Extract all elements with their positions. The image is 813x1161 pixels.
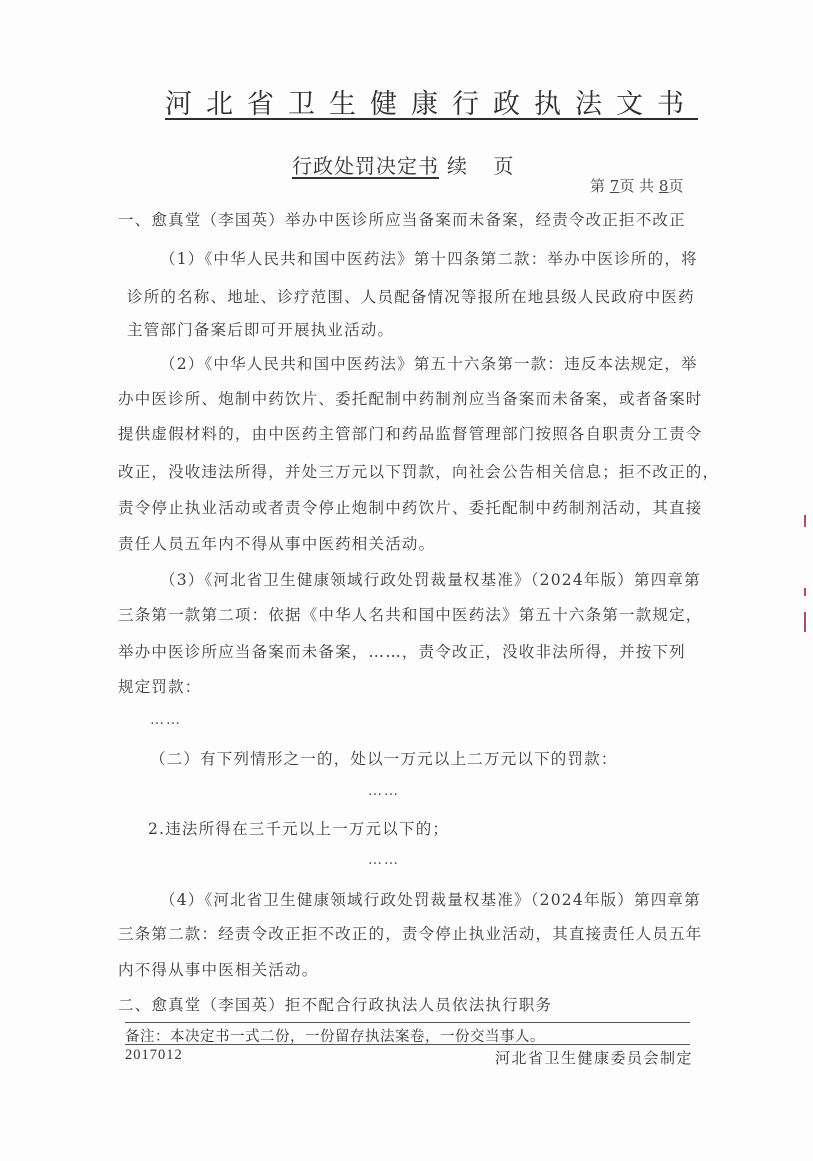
subtitle-suffix: 续 页 xyxy=(447,154,523,178)
body-line: 内不得从事中医相关活动。 xyxy=(118,958,318,980)
footer-note: 备注：本决定书一式二份，一份留存执法案卷，一份交当事人。 xyxy=(125,1025,545,1046)
ellipsis: …… xyxy=(150,712,182,728)
page-middle: 页 共 xyxy=(619,177,654,195)
body-line: （1）《中华人民共和国中医药法》第十四条第二款：举办中医诊所的，将 xyxy=(160,247,698,269)
body-line: （3）《河北省卫生健康领域行政处罚裁量权基准》（2024年版）第四章第 xyxy=(160,568,701,590)
page-number: 第 7页 共 8页 xyxy=(590,175,683,196)
section-two-heading: 二、愈真堂（李国英）拒不配合行政执法人员依法执行职务 xyxy=(118,993,552,1015)
page-suffix: 页 xyxy=(668,177,683,195)
body-line: 改正，没收违法所得，并处三万元以下罚款，向社会公告相关信息；拒不改正的， xyxy=(118,460,719,482)
ellipsis: …… xyxy=(368,852,400,868)
document-title: 河北省卫生健康行政执法文书 xyxy=(165,82,635,121)
body-line: 诊所的名称、地址、诊疗范围、人员配备情况等报所在地县级人民政府中医药 xyxy=(127,285,695,307)
form-code: 2017012 xyxy=(125,1047,183,1064)
body-line: （4）《河北省卫生健康领域行政处罚裁量权基准》（2024年版）第四章第 xyxy=(160,888,701,910)
body-line: 办中医诊所、炮制中药饮片、委托配制中药制剂应当备案而未备案，或者备案时 xyxy=(118,387,703,409)
body-line: 2.违法所得在三千元以上一万元以下的； xyxy=(148,817,449,839)
document-page: 河北省卫生健康行政执法文书 行政处罚决定书续 页 第 7页 共 8页 一、愈真堂… xyxy=(0,0,813,1161)
binding-mark xyxy=(804,588,806,596)
subtitle-main: 行政处罚决定书 xyxy=(292,154,439,178)
footer-bottom-rule xyxy=(125,1044,690,1045)
footer-top-rule xyxy=(125,1022,690,1023)
body-line: 提供虚假材料的，由中医药主管部门和药品监督管理部门按照各自职责分工责令 xyxy=(118,422,703,444)
document-subtitle: 行政处罚决定书续 页 xyxy=(292,150,523,179)
form-maker: 河北省卫生健康委员会制定 xyxy=(495,1047,693,1068)
body-line: 三条第一款第二项：依据《中华人名共和国中医药法》第五十六条第一款规定， xyxy=(118,603,703,625)
binding-mark xyxy=(804,515,806,527)
body-line: 规定罚款： xyxy=(118,675,202,697)
body-line: 三条第二款：经责令改正拒不改正的，责令停止执业活动，其直接责任人员五年 xyxy=(118,922,703,944)
page-current: 7 xyxy=(610,177,620,195)
body-line: 责令停止执业活动或者责令停止炮制中药饮片、委托配制中药制剂活动，其直接 xyxy=(118,496,703,518)
body-line: 责任人员五年内不得从事中医药相关活动。 xyxy=(118,532,435,554)
binding-mark xyxy=(804,612,806,632)
page-prefix: 第 xyxy=(590,177,605,195)
body-line: 主管部门备案后即可开展执业活动。 xyxy=(127,318,394,340)
body-line: 举办中医诊所应当备案而未备案，……，责令改正，没收非法所得，并按下列 xyxy=(118,640,686,662)
body-line: （二）有下列情形之一的，处以一万元以上二万元以下的罚款： xyxy=(150,747,618,769)
body-line: （2）《中华人民共和国中医药法》第五十六条第一款：违反本法规定，举 xyxy=(160,352,698,374)
ellipsis: …… xyxy=(368,783,400,799)
section-one-heading: 一、愈真堂（李国英）举办中医诊所应当备案而未备案，经责令改正拒不改正 xyxy=(118,208,686,230)
